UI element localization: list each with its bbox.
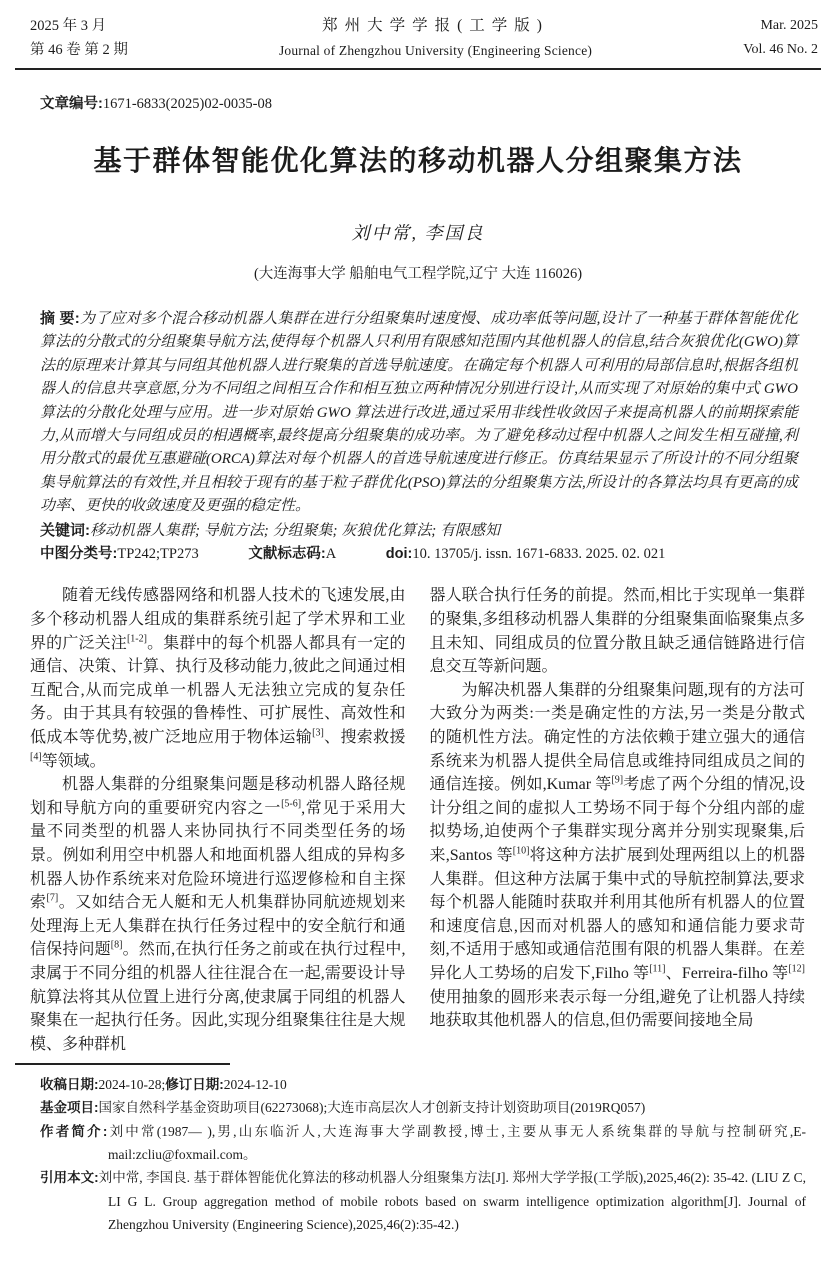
author-bio-line: 作者简介:刘中常(1987— ),男,山东临沂人,大连海事大学副教授,博士,主要… bbox=[40, 1120, 806, 1167]
header-divider bbox=[15, 68, 821, 70]
footnote-divider bbox=[15, 1063, 230, 1065]
revised-label: 修订日期: bbox=[165, 1077, 224, 1092]
keywords-text: 移动机器人集群; 导航方法; 分组聚集; 灰狼优化算法; 有限感知 bbox=[90, 523, 500, 539]
abstract-text: 为了应对多个混合移动机器人集群在进行分组聚集时速度慢、成功率低等问题,设计了一种… bbox=[40, 311, 798, 514]
received-value: 2024-10-28; bbox=[99, 1077, 166, 1092]
citation-line: 引用本文:刘中常, 李国良. 基于群体智能优化算法的移动机器人分组聚集方法[J]… bbox=[40, 1166, 806, 1236]
received-label: 收稿日期: bbox=[40, 1077, 99, 1092]
fund-line: 基金项目:国家自然科学基金资助项目(62273068);大连市高层次人才创新支持… bbox=[40, 1096, 806, 1119]
journal-title-cn: 郑州大学学报(工学版) bbox=[128, 14, 743, 38]
article-number-value: 1671-6833(2025)02-0035-08 bbox=[103, 96, 272, 112]
bio-value: 刘中常(1987— ),男,山东临沂人,大连海事大学副教授,博士,主要从事无人系… bbox=[107, 1124, 806, 1162]
doi-value: 10. 13705/j. issn. 1671-6833. 2025. 02. … bbox=[412, 546, 665, 562]
paper-authors: 刘中常, 李国良 bbox=[0, 219, 836, 245]
fund-value: 国家自然科学基金资助项目(62273068);大连市高层次人才创新支持计划资助项… bbox=[99, 1100, 646, 1115]
body-paragraph: 为解决机器人集群的分组聚集问题,现有的方法可大致分为两类:一类是确定性的方法,另… bbox=[430, 679, 806, 1033]
keywords-line: 关键词:移动机器人集群; 导航方法; 分组聚集; 灰狼优化算法; 有限感知 bbox=[40, 519, 798, 543]
clc-value: TP242;TP273 bbox=[117, 546, 198, 562]
clc-chunk: 中图分类号:TP242;TP273 bbox=[40, 546, 199, 562]
header-issue-cn: 2025 年 3 月 第 46 卷 第 2 期 bbox=[30, 14, 128, 62]
doi-label: doi: bbox=[386, 546, 413, 562]
received-date-line: 收稿日期:2024-10-28;修订日期:2024-12-10 bbox=[40, 1073, 806, 1096]
doc-code-chunk: 文献标志码:A bbox=[248, 546, 336, 562]
abstract-label: 摘 要: bbox=[40, 310, 80, 327]
bio-label: 作者简介: bbox=[40, 1124, 107, 1139]
body-paragraph: 器人联合执行任务的前提。然而,相比于实现单一集群的聚集,多组移动机器人集群的分组… bbox=[430, 584, 806, 678]
paper-title: 基于群体智能优化算法的移动机器人分组聚集方法 bbox=[30, 139, 806, 179]
clc-label: 中图分类号: bbox=[40, 546, 117, 562]
header-date-cn: 2025 年 3 月 bbox=[30, 14, 128, 38]
classification-line: 中图分类号:TP242;TP273 文献标志码:A doi:10. 13705/… bbox=[40, 543, 798, 566]
article-number-label: 文章编号: bbox=[40, 96, 103, 112]
journal-page: 2025 年 3 月 第 46 卷 第 2 期 郑州大学学报(工学版) Jour… bbox=[0, 0, 836, 1271]
doc-code-value: A bbox=[326, 546, 336, 562]
body-paragraph: 机器人集群的分组聚集问题是移动机器人路径规划和导航方向的重要研究内容之一[5-6… bbox=[30, 773, 406, 1056]
journal-title-block: 郑州大学学报(工学版) Journal of Zhengzhou Univers… bbox=[128, 14, 743, 63]
right-column: 器人联合执行任务的前提。然而,相比于实现单一集群的聚集,多组移动机器人集群的分组… bbox=[430, 584, 806, 1056]
body-paragraph: 随着无线传感器网络和机器人技术的飞速发展,由多个移动机器人组成的集群系统引起了学… bbox=[30, 584, 406, 773]
header-issue-en: Mar. 2025 Vol. 46 No. 2 bbox=[743, 14, 818, 62]
revised-value: 2024-12-10 bbox=[224, 1077, 287, 1092]
fund-label: 基金项目: bbox=[40, 1100, 99, 1115]
journal-title-en: Journal of Zhengzhou University (Enginee… bbox=[128, 38, 743, 63]
doc-code-label: 文献标志码: bbox=[248, 546, 325, 562]
article-number: 文章编号:1671-6833(2025)02-0035-08 bbox=[40, 92, 836, 113]
doi-chunk: doi:10. 13705/j. issn. 1671-6833. 2025. … bbox=[386, 546, 666, 562]
journal-header: 2025 年 3 月 第 46 卷 第 2 期 郑州大学学报(工学版) Jour… bbox=[0, 0, 836, 63]
header-date-en: Mar. 2025 bbox=[743, 14, 818, 38]
left-column: 随着无线传感器网络和机器人技术的飞速发展,由多个移动机器人组成的集群系统引起了学… bbox=[30, 584, 406, 1056]
header-volume-cn: 第 46 卷 第 2 期 bbox=[30, 38, 128, 62]
header-volume-en: Vol. 46 No. 2 bbox=[743, 38, 818, 62]
keywords-label: 关键词: bbox=[40, 522, 90, 539]
cite-label: 引用本文: bbox=[40, 1170, 99, 1185]
cite-value: 刘中常, 李国良. 基于群体智能优化算法的移动机器人分组聚集方法[J]. 郑州大… bbox=[99, 1170, 806, 1232]
body-columns: 随着无线传感器网络和机器人技术的飞速发展,由多个移动机器人组成的集群系统引起了学… bbox=[30, 584, 805, 1056]
footnote-block: 收稿日期:2024-10-28;修订日期:2024-12-10 基金项目:国家自… bbox=[40, 1073, 806, 1237]
paper-affiliation: (大连海事大学 船舶电气工程学院,辽宁 大连 116026) bbox=[0, 262, 836, 283]
abstract-block: 摘 要:为了应对多个混合移动机器人集群在进行分组聚集时速度慢、成功率低等问题,设… bbox=[40, 307, 798, 519]
